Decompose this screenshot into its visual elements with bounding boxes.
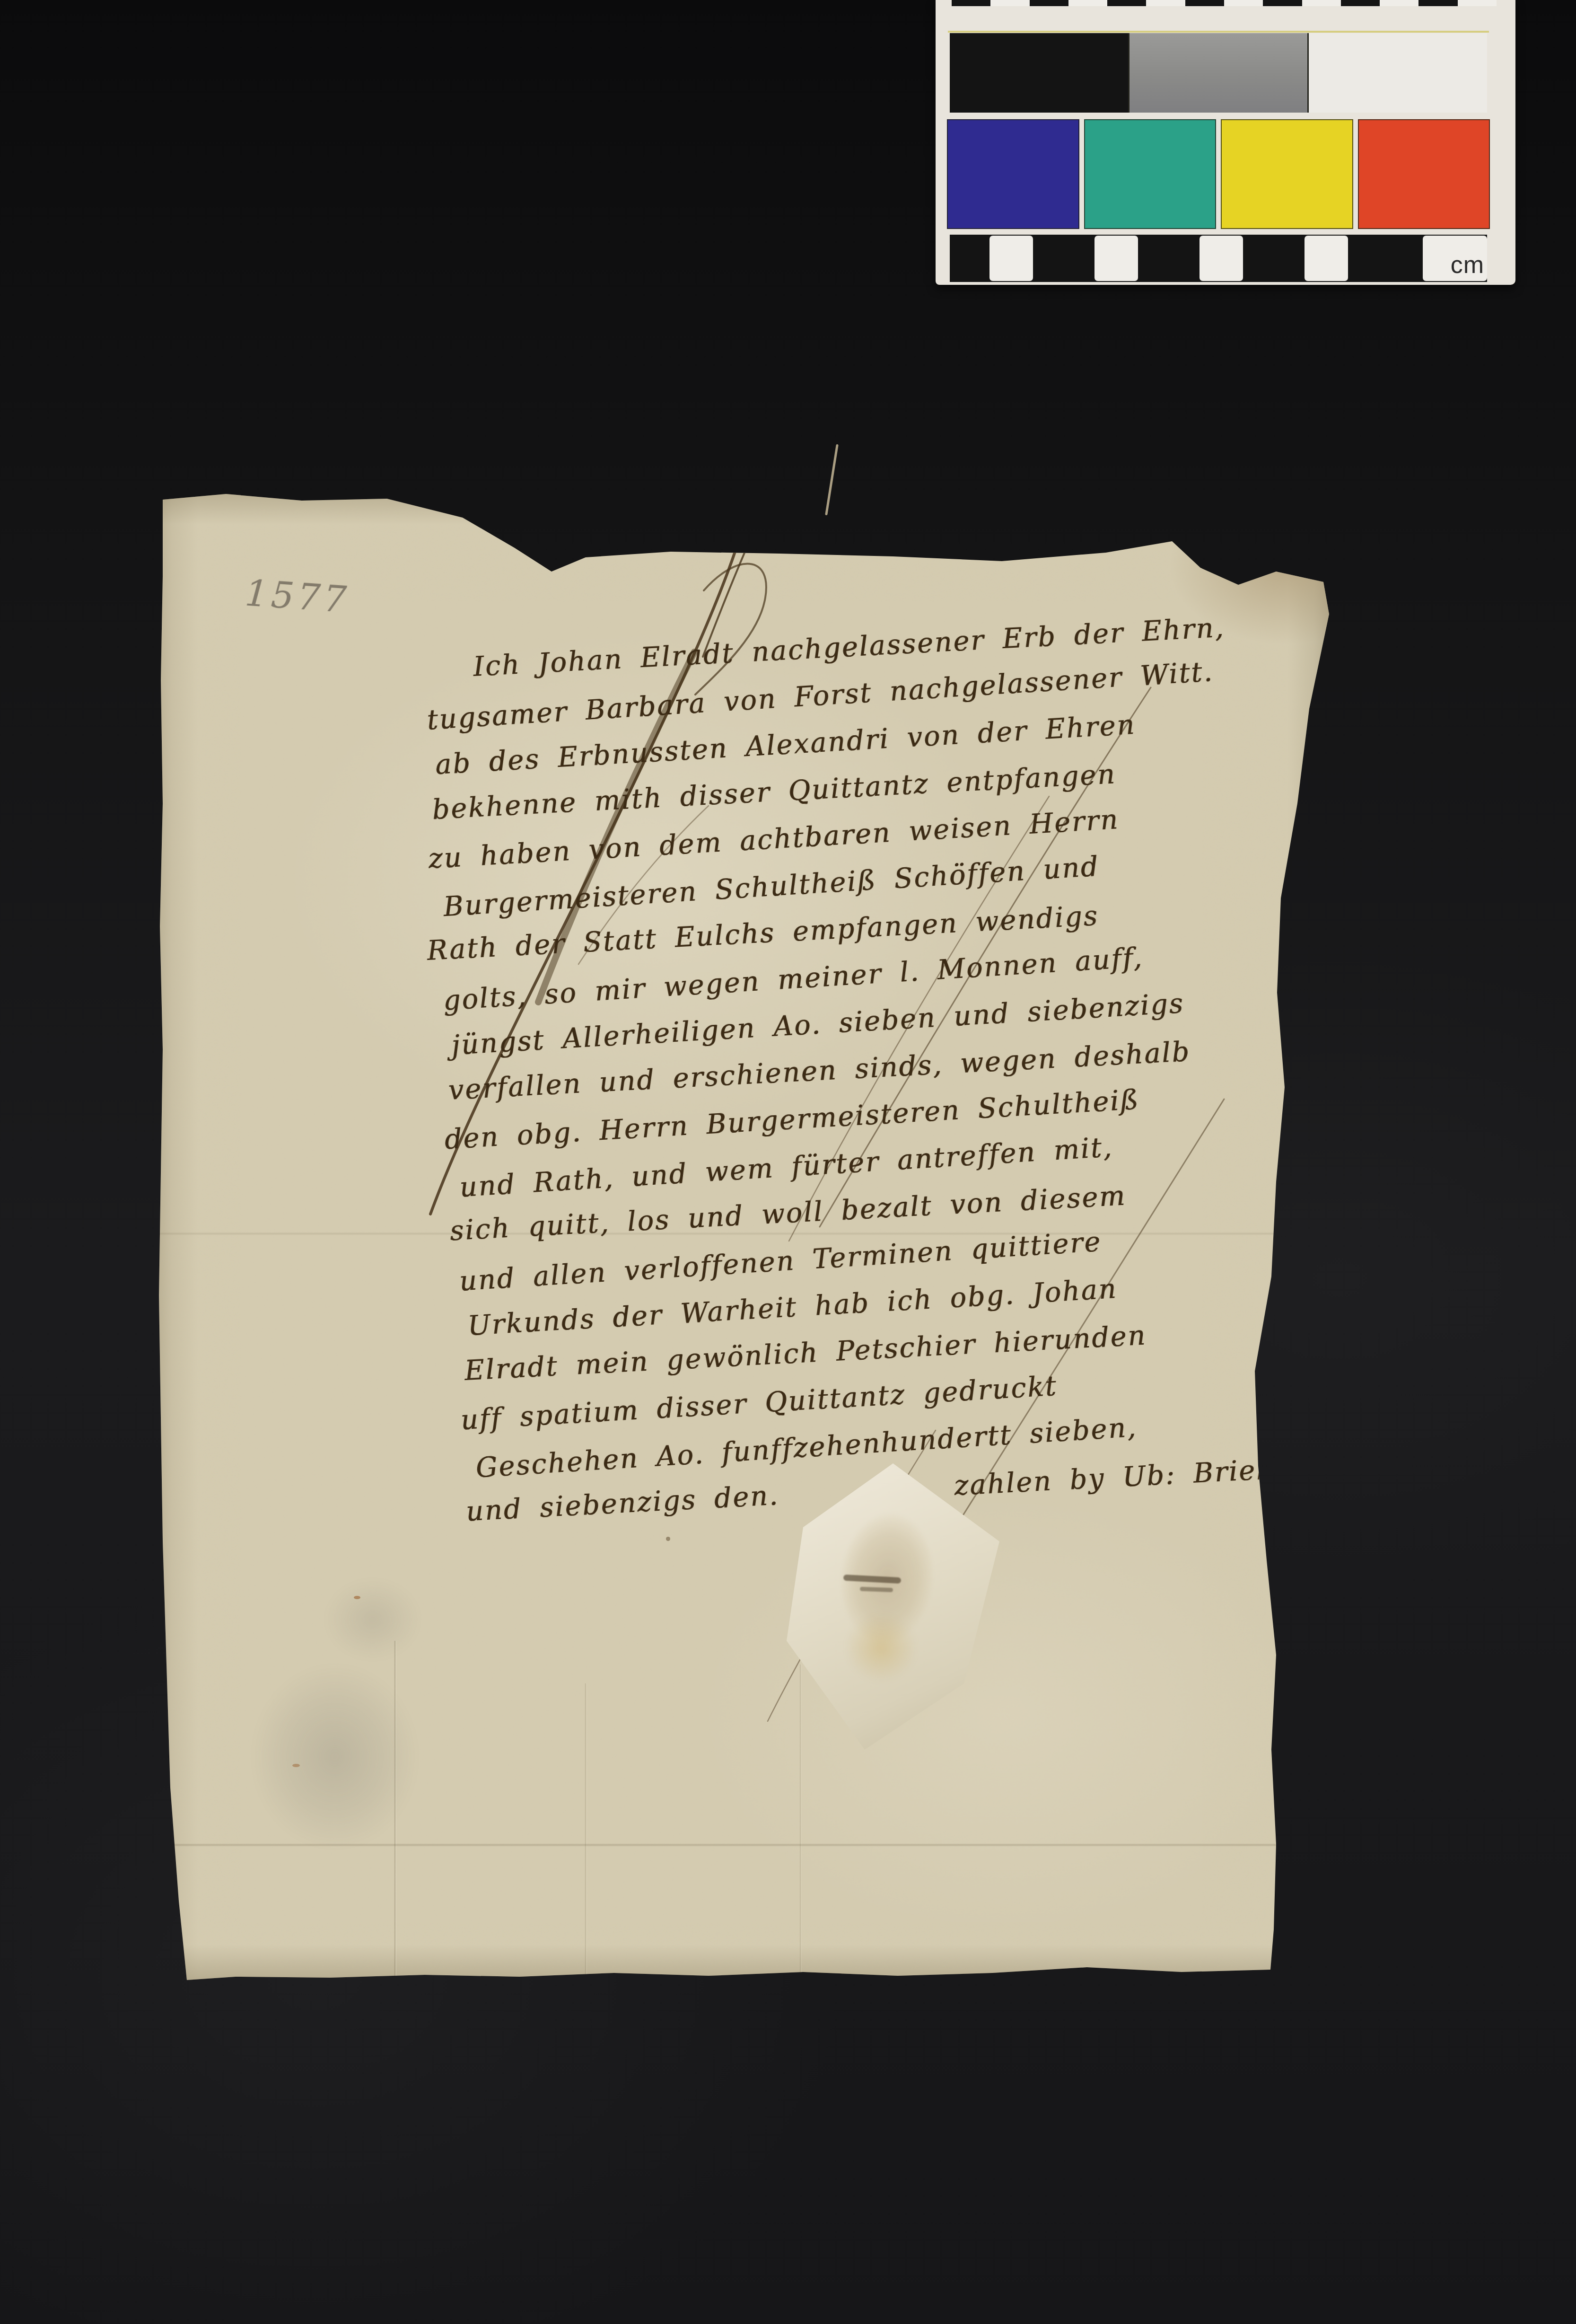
cm-unit-label: cm bbox=[1451, 253, 1484, 277]
scale-cell-white bbox=[1458, 0, 1497, 6]
color-calibration-card: cm bbox=[936, 0, 1515, 285]
scale-cell-white bbox=[990, 0, 1029, 6]
gray-patch bbox=[1129, 33, 1308, 113]
papered-seal bbox=[787, 1463, 1000, 1750]
black-patch bbox=[950, 33, 1128, 113]
scale-cell-black bbox=[1030, 0, 1068, 6]
scale-cell-black bbox=[1341, 0, 1380, 6]
scale-cell-white bbox=[1146, 0, 1185, 6]
scale-white-square bbox=[1094, 236, 1138, 281]
scale-white-square: cm bbox=[1423, 236, 1487, 281]
blue-patch bbox=[947, 119, 1079, 229]
manuscript-text: Ich Johan Elradt nachgelassener Erb der … bbox=[416, 601, 1298, 1538]
scale-cell-black bbox=[1263, 0, 1302, 6]
scale-cell-black bbox=[1107, 0, 1146, 6]
yellow-patch bbox=[1221, 119, 1353, 229]
scale-cell-white bbox=[1380, 0, 1418, 6]
red-patch bbox=[1358, 119, 1490, 229]
scale-white-square bbox=[1305, 236, 1348, 281]
white-patch bbox=[1309, 33, 1487, 113]
manuscript-sheet: 1577 Ich Johan Elradt nachgelassener Erb… bbox=[150, 491, 1333, 1982]
scale-cell-black bbox=[1185, 0, 1224, 6]
card-top-scale-strip bbox=[952, 0, 1497, 6]
scale-cell-black bbox=[952, 0, 990, 6]
paper-fiber-thread bbox=[825, 444, 839, 516]
grayscale-patch-row bbox=[950, 33, 1487, 113]
scale-cell-black bbox=[1418, 0, 1457, 6]
scale-cell-white bbox=[1302, 0, 1341, 6]
scale-white-square bbox=[989, 236, 1033, 281]
seal-wax-stain bbox=[836, 1605, 926, 1690]
color-patch-row bbox=[947, 119, 1490, 229]
scale-white-square bbox=[1200, 236, 1243, 281]
scale-cell-white bbox=[1068, 0, 1107, 6]
green-patch bbox=[1084, 119, 1217, 229]
cm-scale-bar: cm bbox=[950, 235, 1487, 282]
photo-stage: cm 1577 bbox=[0, 0, 1576, 2324]
scale-cell-white bbox=[1224, 0, 1263, 6]
